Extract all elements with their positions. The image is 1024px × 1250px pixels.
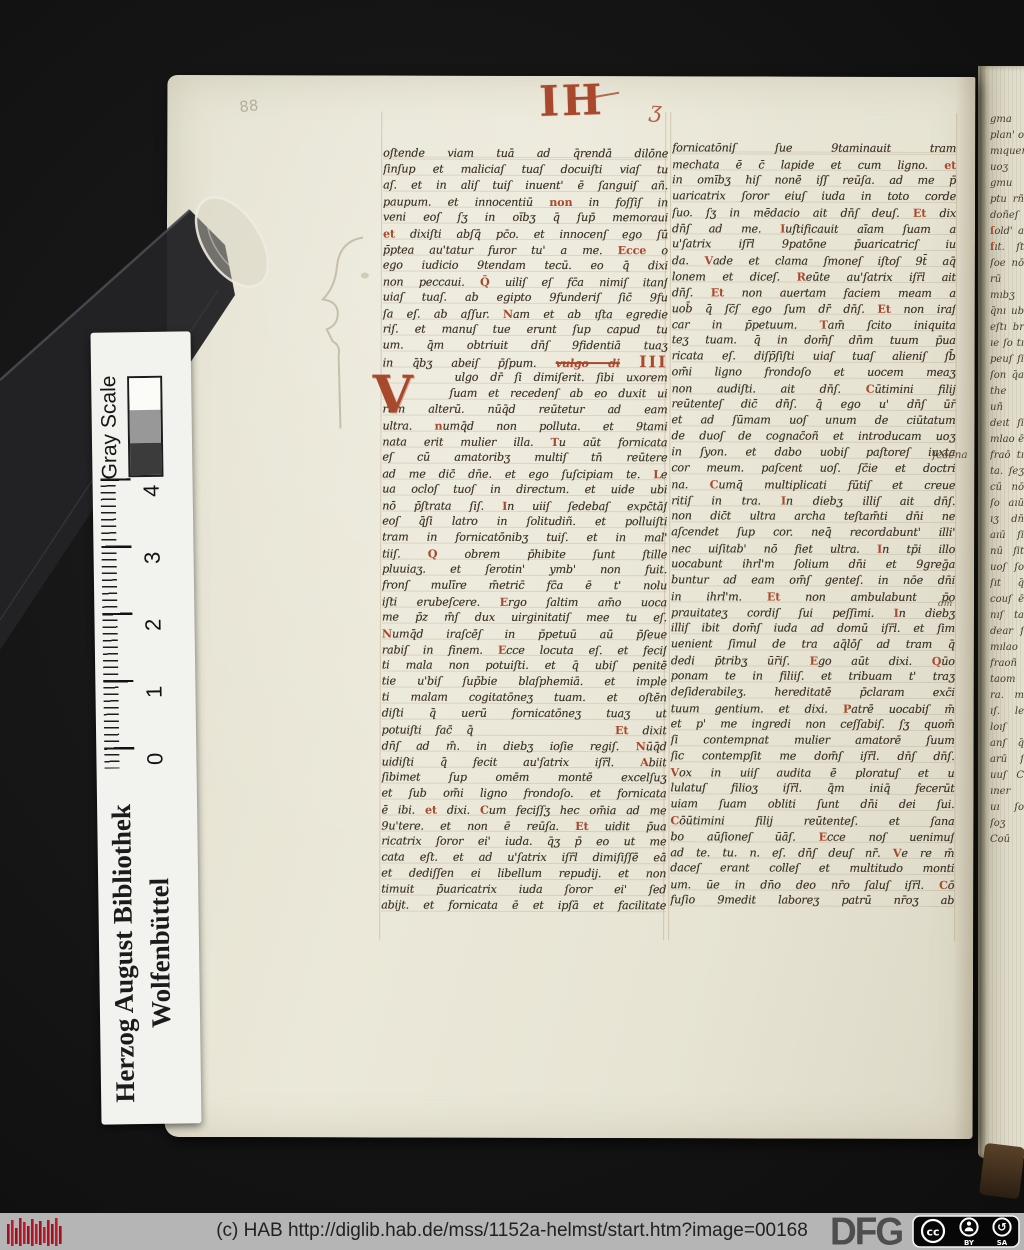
ruler-ticks <box>101 478 135 768</box>
next-page-text-column: gma ſiaplan' omıqueñuoʒ ıgmgmu mēptu rñd… <box>990 112 1024 860</box>
patch-white <box>129 378 160 411</box>
library-name-line2: Wolfenbüttel <box>140 788 182 1118</box>
photo-background: gma ſiaplan' omıqueñuoʒ ıgmgmu mēptu rñd… <box>0 0 1024 1213</box>
svg-text:↺: ↺ <box>997 1220 1007 1234</box>
library-name: Herzog August Bibliothek Wolfenbüttel <box>103 787 192 1118</box>
gray-scale-patches <box>127 376 163 477</box>
library-name-line1: Herzog August Bibliothek <box>103 788 145 1118</box>
cc-sa-label: SA <box>997 1239 1008 1247</box>
book-cover-corner <box>979 1143 1024 1199</box>
running-title: IH <box>539 79 606 123</box>
svg-text:cc: cc <box>926 1226 939 1239</box>
digitized-manuscript-screenshot: gma ſiaplan' omıqueñuoʒ ıgmgmu mēptu rñd… <box>0 0 1024 1250</box>
ruler-number: 4 <box>139 478 165 504</box>
margin-gloss: ſcāēna <box>932 449 967 461</box>
ruler-number: 1 <box>141 679 167 705</box>
pencil-foliation-mark: 88 <box>238 96 259 116</box>
text-column-left: oſtende viam tuā ad q̄rendā dilōneſinſup… <box>381 146 668 917</box>
ruler-number: 2 <box>140 612 166 638</box>
running-title-mark: ʒ <box>648 98 662 124</box>
gray-scale-card: Gray Scale 4 3 2 1 0 Herzog August Bibli… <box>90 331 201 1124</box>
patch-gray <box>130 410 161 443</box>
margin-gloss-small: dm̄ <box>938 599 952 609</box>
ruler-number: 0 <box>142 746 168 772</box>
ruler-number: 3 <box>139 545 165 571</box>
dfg-logo: DFG <box>830 1210 902 1250</box>
cc-by-label: BY <box>964 1239 975 1247</box>
patch-black <box>130 442 161 475</box>
caption-bar: (c) HAB http://diglib.hab.de/mss/1152a-h… <box>0 1213 1024 1250</box>
text-column-right: fornicatōniſ ſue 9taminauit trammechata … <box>670 140 956 911</box>
cc-by-sa-badge: cc BY ↺ SA <box>912 1215 1020 1248</box>
